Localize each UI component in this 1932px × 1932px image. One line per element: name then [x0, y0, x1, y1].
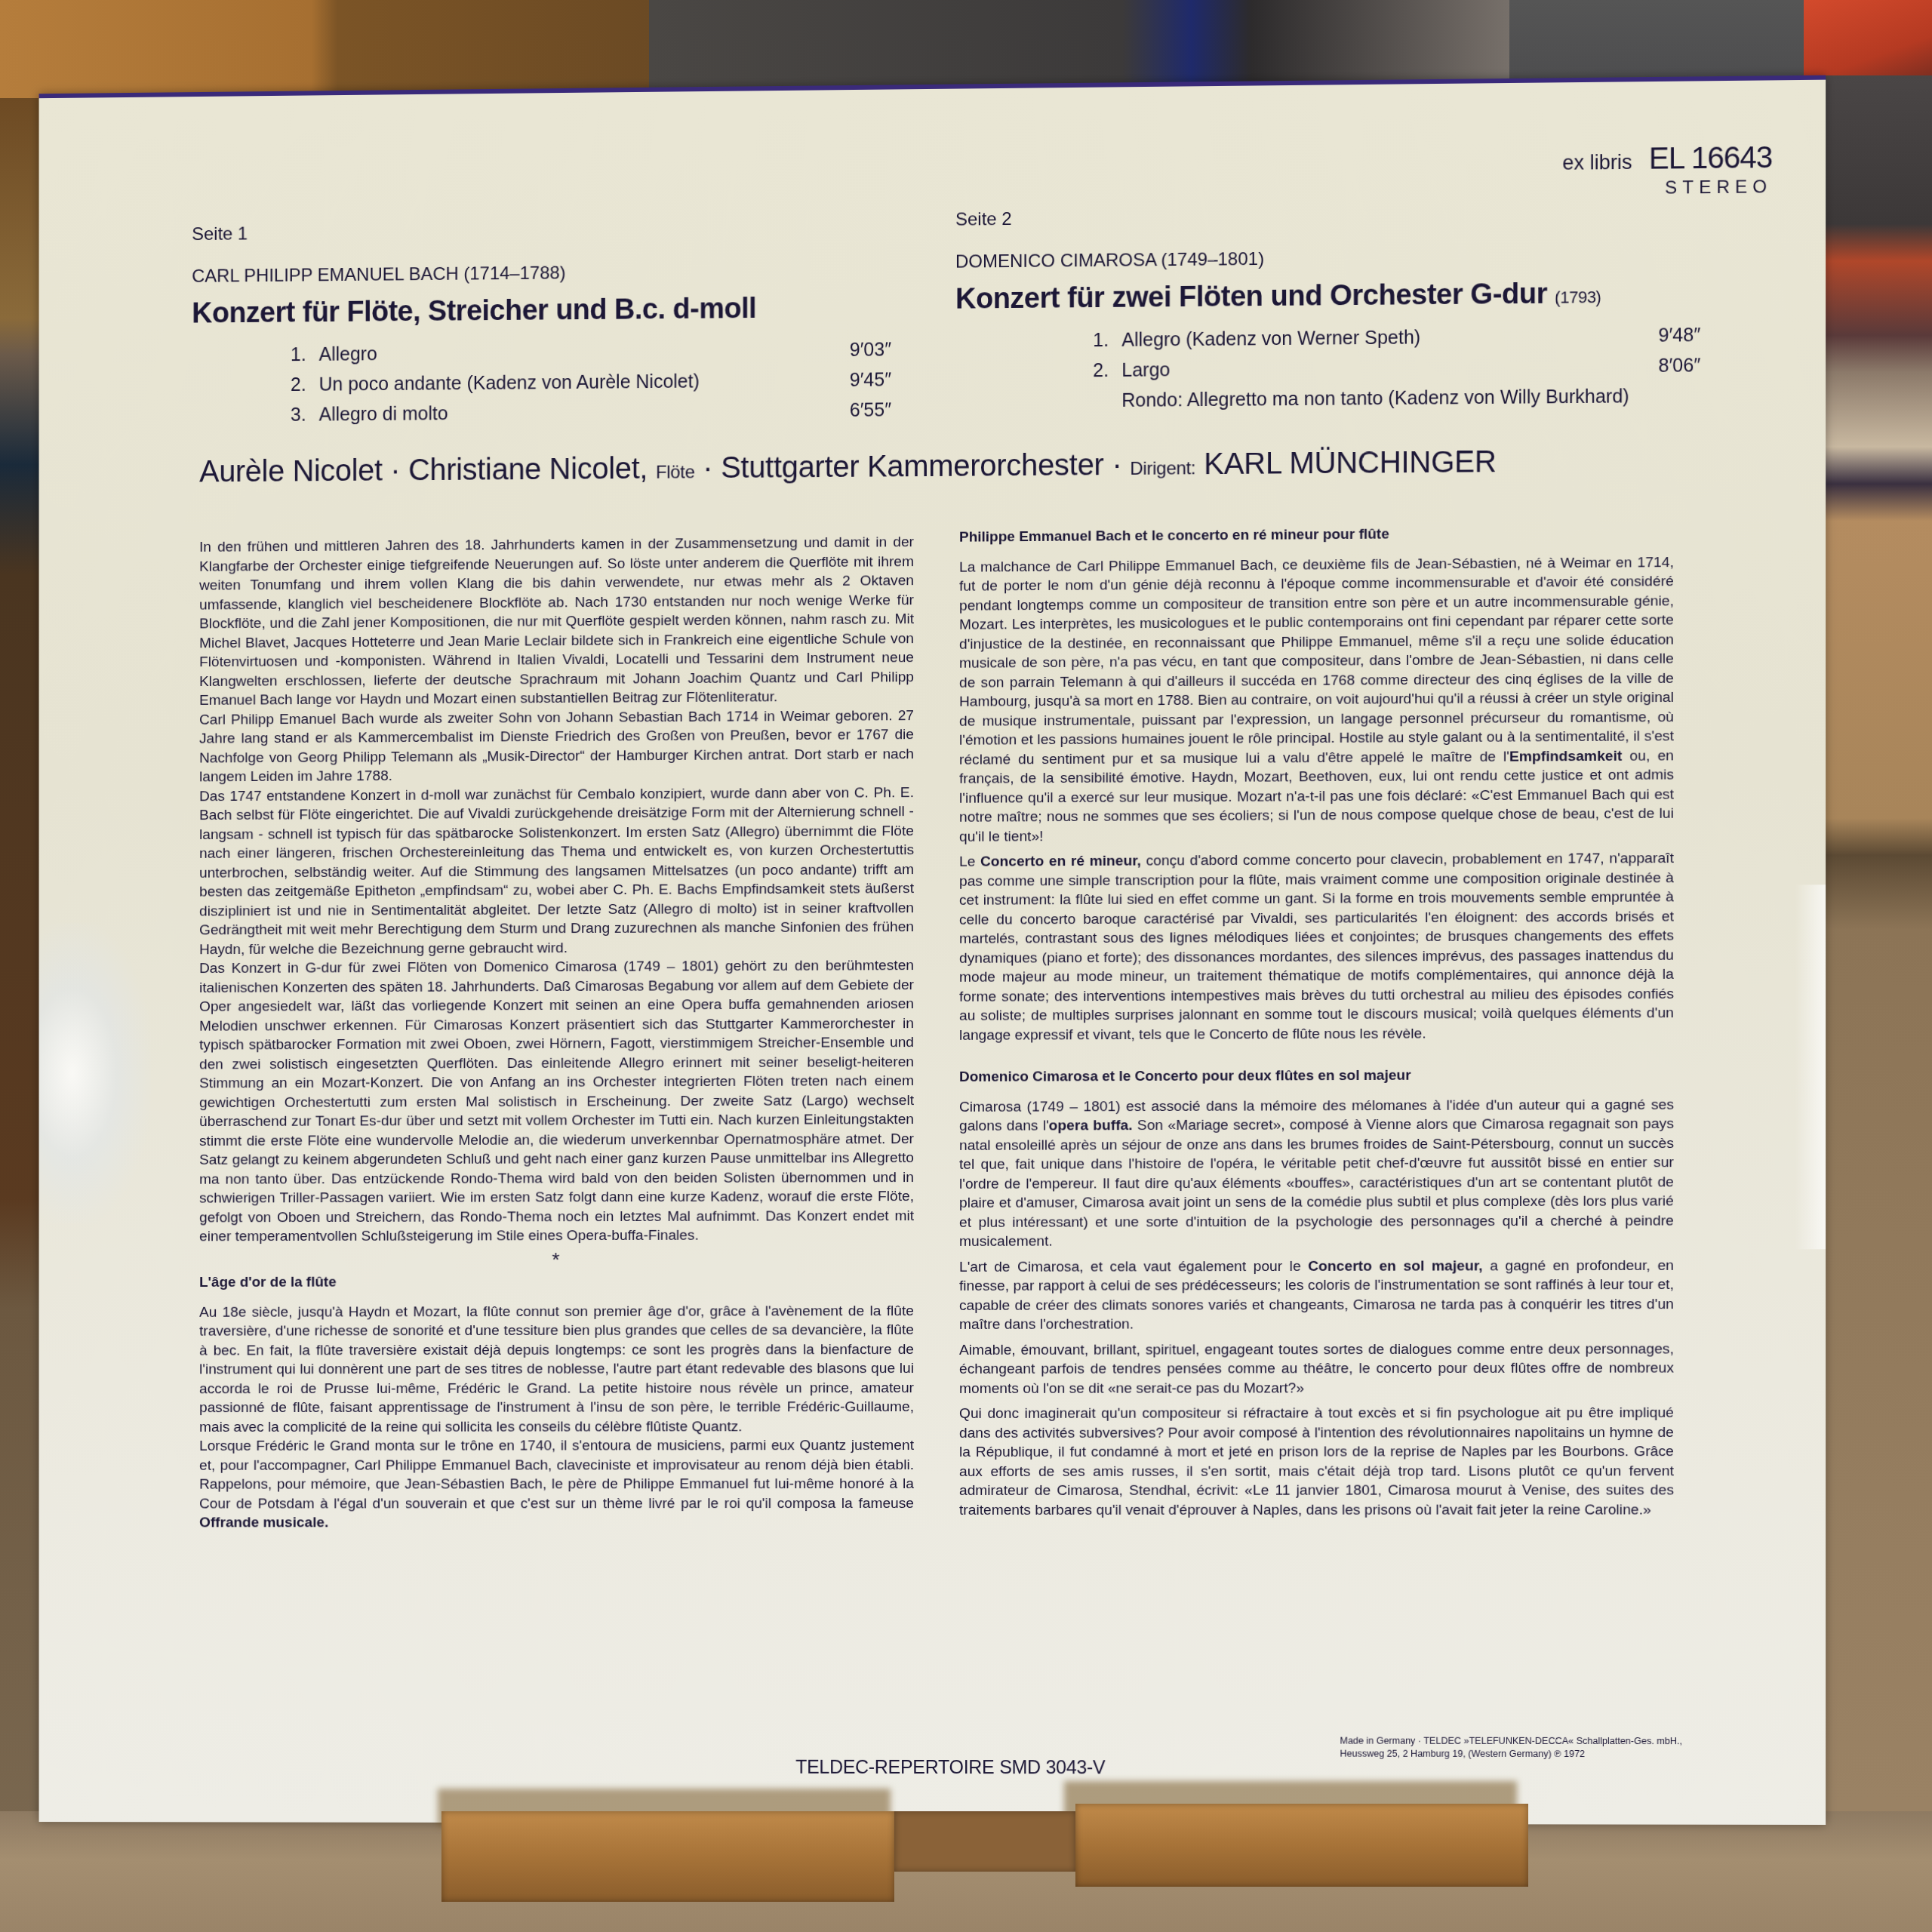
track-row: 1. Allegro 9′03″ [291, 334, 891, 370]
side-2-label: Seite 2 [955, 202, 1714, 231]
legal-line: Heussweg 25, 2 Hamburg 19, (Western Germ… [1340, 1748, 1681, 1761]
record-sleeve-back: ex libris EL 16643 STEREO Seite 1 CARL P… [39, 75, 1826, 1825]
light-glare [39, 923, 151, 1223]
track-number: 2. [1093, 359, 1121, 381]
notes-de-paragraph: Das Konzert in G-dur für zwei Flöten von… [199, 956, 914, 1247]
side-2-tracklist: 1. Allegro (Kadenz von Werner Speth) 9′4… [1093, 320, 1700, 416]
side-2-work-year: (1793) [1555, 288, 1601, 307]
side-2-work-title: Konzert für zwei Flöten und Orchester G-… [955, 277, 1714, 316]
notes-fr-text: Son «Mariage secret», composé à Vienne a… [959, 1116, 1674, 1250]
notes-fr-text: L'art de Cimarosa, et cela vaut égalemen… [959, 1258, 1308, 1275]
liner-notes-left-column: In den frühen und mittleren Jahren des 1… [199, 533, 914, 1533]
track-number: 2. [291, 374, 319, 395]
track-title: Un poco andante (Kadenz von Aurèle Nicol… [319, 370, 832, 396]
side-1: Seite 1 CARL PHILIPP EMANUEL BACH (1714–… [192, 217, 943, 431]
notes-fr-emphasis: Concerto en sol majeur, [1308, 1258, 1482, 1275]
track-title: Largo [1121, 355, 1639, 381]
catalog-block: ex libris EL 16643 STEREO [1562, 141, 1772, 200]
side-1-tracklist: 1. Allegro 9′03″ 2. Un poco andante (Kad… [291, 334, 891, 429]
separator: · [703, 451, 712, 485]
track-duration: 9′45″ [831, 369, 891, 392]
notes-fr-left-heading: L'âge d'or de la flûte [199, 1272, 914, 1292]
track-title: Allegro di molto [319, 400, 832, 426]
notes-fr-paragraph: La malchance de Carl Philippe Emmanuel B… [959, 552, 1674, 846]
side-2: Seite 2 DOMENICO CIMAROSA (1749–1801) Ko… [955, 202, 1714, 417]
side-1-label: Seite 1 [192, 217, 943, 245]
section-separator: * [199, 1250, 914, 1271]
track-row: 1. Allegro (Kadenz von Werner Speth) 9′4… [1093, 320, 1700, 355]
side-1-work-title: Konzert für Flöte, Streicher und B.c. d-… [192, 291, 943, 331]
notes-fr-text: Lorsque Frédéric le Grand monta sur le t… [199, 1438, 914, 1512]
track-row: 2. Largo 8′06″ [1093, 350, 1700, 386]
separator: · [1112, 448, 1121, 481]
notes-de-paragraph: Carl Philipp Emanuel Bach wurde als zwei… [199, 706, 914, 787]
notes-fr-text: Le [959, 854, 980, 870]
track-row: 2. Un poco andante (Kadenz von Aurèle Ni… [291, 365, 891, 400]
track-title: Rondo: Allegretto ma non tanto (Kadenz v… [1121, 386, 1639, 412]
notes-fr-paragraph: Aimable, émouvant, brillant, spirituel, … [959, 1340, 1674, 1398]
instrument: Flöte [656, 462, 695, 482]
notes-fr-text: La malchance de Carl Philippe Emmanuel B… [959, 554, 1674, 768]
performers-credit: Aurèle Nicolet · Christiane Nicolet, Flö… [199, 443, 1785, 489]
track-number: 1. [1093, 329, 1121, 351]
track-number: 1. [291, 343, 319, 365]
notes-fr-paragraph: Le Concerto en ré mineur, conçu d'abord … [959, 849, 1674, 1045]
track-number: 3. [291, 404, 319, 426]
side-1-composer: CARL PHILIPP EMANUEL BACH (1714–1788) [192, 260, 943, 288]
notes-de-paragraph: Das 1747 entstandene Konzert in d-moll w… [199, 783, 914, 960]
conductor: KARL MÜNCHINGER [1204, 445, 1496, 481]
footer-catalog-number: TELDEC-REPERTOIRE SMD 3043-V [795, 1757, 1105, 1780]
notes-fr-emphasis: Offrande musicale. [199, 1515, 328, 1531]
track-row: 3. Allegro di molto 6′55″ [291, 395, 891, 429]
light-glare-edge [1795, 884, 1826, 1249]
notes-fr-paragraph: Lorsque Frédéric le Grand monta sur le t… [199, 1436, 914, 1533]
track-duration: 9′48″ [1639, 325, 1700, 347]
notes-fr-text: conçu d'abord comme concerto pour clavec… [959, 851, 1674, 1043]
format-label: STEREO [1562, 177, 1772, 200]
side-2-composer: DOMENICO CIMAROSA (1749–1801) [955, 245, 1714, 272]
notes-fr-section2-heading: Domenico Cimarosa et le Concerto pour de… [959, 1065, 1674, 1087]
background-right-shelf [1819, 75, 1932, 1932]
notes-fr-paragraph: L'art de Cimarosa, et cela vaut égalemen… [959, 1256, 1674, 1334]
orchestra: Stuttgarter Kammerorchester [721, 448, 1103, 485]
liner-notes-right-column: Philippe Emmanuel Bach et le concerto en… [959, 523, 1674, 1520]
soloists: Aurèle Nicolet · Christiane Nicolet, [199, 452, 648, 488]
side-2-work-name: Konzert für zwei Flöten und Orchester G-… [955, 278, 1547, 315]
stand-block-left [441, 1811, 894, 1902]
catalog-number: EL 16643 [1649, 141, 1773, 177]
notes-fr-section1-heading: Philippe Emmanuel Bach et le concerto en… [959, 523, 1674, 547]
notes-de-paragraph: In den frühen und mittleren Jahren des 1… [199, 533, 914, 710]
notes-fr-emphasis: Empfindsamkeit [1509, 748, 1623, 764]
conductor-label: Dirigent: [1130, 458, 1195, 479]
track-duration [1639, 396, 1700, 397]
track-row: Rondo: Allegretto ma non tanto (Kadenz v… [1093, 380, 1700, 416]
notes-fr-paragraph: Au 18e siècle, jusqu'à Haydn et Mozart, … [199, 1302, 914, 1437]
notes-fr-emphasis: Concerto en ré mineur, [980, 854, 1141, 870]
track-duration: 9′03″ [831, 339, 891, 361]
legal-notice: Made in Germany · TELDEC »TELEFUNKEN-DEC… [1340, 1735, 1681, 1761]
notes-fr-paragraph: Cimarosa (1749 – 1801) est associé dans … [959, 1095, 1674, 1251]
stand-base [894, 1811, 1075, 1872]
legal-line: Made in Germany · TELDEC »TELEFUNKEN-DEC… [1340, 1735, 1681, 1749]
label-name: ex libris [1562, 151, 1632, 175]
background-records [649, 0, 1509, 91]
track-duration: 6′55″ [831, 399, 891, 422]
stand-block-right [1075, 1804, 1528, 1887]
background-shelf-wood [0, 0, 649, 98]
notes-fr-paragraph: Qui donc imaginerait qu'un compositeur s… [959, 1404, 1674, 1520]
notes-fr-emphasis: opera buffa. [1049, 1118, 1133, 1134]
track-title: Allegro [319, 340, 832, 366]
track-duration: 8′06″ [1639, 355, 1700, 377]
track-title: Allegro (Kadenz von Werner Speth) [1121, 325, 1639, 351]
